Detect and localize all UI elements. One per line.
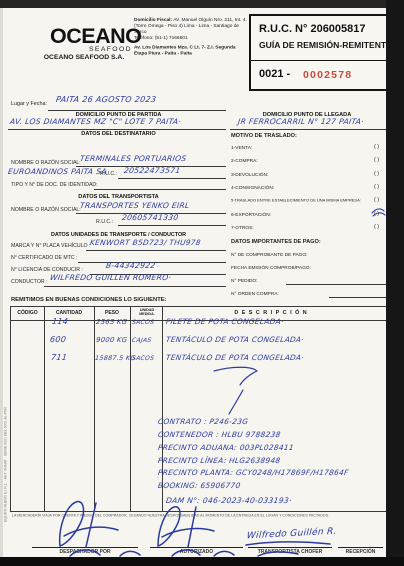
transportista-title: DATOS DEL TRANSPORTISTA — [11, 194, 226, 200]
fiscal-address-label: Domicilio Fiscal: — [134, 17, 172, 23]
pago-field: FECHA EMISIÓN COMPROB/PAGO: — [231, 265, 393, 276]
destinatario-razon-value2: EUROANDINOS PAITA SA — [7, 167, 107, 176]
field-line — [86, 250, 226, 251]
destinatario-razon-label: NOMBRE O RAZÓN SOCIAL: — [11, 160, 81, 166]
brand-sub: SEAFOOD — [50, 46, 132, 53]
pago-field-label: N° PEDIDO: — [231, 278, 257, 284]
motivo-item: 3-DEVOLUCIÓN: — [231, 172, 306, 183]
conductor-value: WILFREDO GUILLEN ROMERO· — [49, 273, 171, 282]
ruc-number: R.U.C. N° 206005817 — [259, 23, 366, 35]
ruc-box: R.U.C. N° 206005817 GUÍA DE REMISIÓN-REM… — [249, 14, 403, 91]
scan-edge-right — [386, 0, 404, 566]
destinatario-ruc-label: R.U.C.: — [100, 171, 117, 177]
printer-microtext: EQUIPO NUEVO E.I.R.L. · AUT. SUNAT · SER… — [4, 407, 8, 522]
table-cell-descripcion: FILETE DE POTA CONGELADA· — [165, 317, 284, 326]
motivo-item-label: 3-DEVOLUCIÓN: — [231, 172, 268, 178]
table-vline — [44, 306, 45, 511]
nota-precinto-linea: PRECINTO LÍNEA: HLG2638948 — [157, 456, 281, 465]
table-cell-cantidad: 600 — [49, 335, 66, 344]
placa-value: KENWORT B5D723/ THU978 — [89, 238, 201, 247]
transportista-ruc-label: R.U.C.: — [96, 219, 113, 225]
table-cell-descripcion: TENTÁCULO DE POTA CONGELADA· — [165, 335, 304, 344]
motivo-item-label: 4-CONSIGNACIÓN: — [231, 185, 274, 191]
table-cell-cantidad: 711 — [50, 353, 67, 362]
field-line — [48, 110, 226, 111]
table-intro: REMITIMOS EN BUENAS CONDICIONES LO SIGUI… — [11, 297, 167, 303]
pago-field: N° DE COMPROBANTE DE PAGO: — [231, 252, 386, 263]
motivo-item: 6-EXPORTACIÓN: — [231, 212, 311, 223]
signature-line — [32, 547, 138, 548]
checkbox-paren: ( ) — [374, 224, 379, 230]
pago-field-label: N° DE COMPROBANTE DE PAGO: — [231, 252, 307, 258]
destinatario-title: DATOS DEL DESTINATARIO — [11, 131, 226, 137]
nota-contrato: CONTRATO : P246-23G — [157, 417, 249, 426]
table-cell-descripcion: TENTÁCULO DE POTA CONGELADA· — [165, 353, 304, 362]
scanned-document-page: { "header": { "brand": { "name": "OCEANO… — [0, 0, 404, 566]
pago-title: DATOS IMPORTANTES DE PAGO: — [231, 239, 321, 245]
checkbox-paren: ( ) — [374, 197, 379, 203]
table-border-top — [10, 306, 386, 307]
pago-field-label: N° ORDEN COMPRA: — [231, 291, 279, 297]
table-cell-cantidad: 114 — [51, 317, 68, 326]
field-line — [8, 129, 226, 130]
motivo-item-label: 6-EXPORTACIÓN: — [231, 212, 271, 218]
table-cell-unidad: CAJAS — [132, 337, 152, 344]
field-line — [230, 129, 386, 130]
signature-label-recepcion: RECEPCIÓN — [338, 549, 383, 555]
nota-booking: BOOKING: 65906770 — [157, 481, 241, 490]
motivo-item: 1-VENTA: — [231, 145, 273, 156]
plant-address: Av. Los Diamantes Mza. C Lt. 7- Z.I. Seg… — [134, 45, 247, 57]
col-header-descripcion: D E S C R I P C I Ó N — [162, 310, 380, 316]
pago-field-label: FECHA EMISIÓN COMPROB/PAGO: — [231, 265, 311, 271]
table-cell-unidad: SACOS — [132, 319, 155, 326]
checkbox-paren: ( ) — [374, 144, 379, 150]
transportista-razon-value: TRANSPORTES YENKO EIRL — [79, 201, 190, 210]
table-vline — [10, 306, 11, 511]
table-cell-peso: 2565 KG — [95, 318, 127, 326]
checkbox-paren: ( ) — [374, 157, 379, 163]
lugar-fecha-value: PAITA 26 AGOSTO 2023 — [55, 95, 157, 104]
table-cell-unidad: SACOS — [132, 355, 155, 362]
motivo-item-label: 1-VENTA: — [231, 145, 252, 151]
fiscal-address-block: Domicilio Fiscal: AV. Manuel Olguín Nro.… — [134, 17, 249, 96]
legal-text: LA MERCADERÍA VIAJA POR CUENTA Y RIESGO … — [12, 513, 329, 518]
licencia-value: B-44342922 — [105, 261, 156, 270]
signature-line — [248, 547, 332, 548]
nota-precinto-aduana: PRECINTO ADUANA: 003PL028411 — [157, 443, 294, 452]
motivo-item: 4-CONSIGNACIÓN: — [231, 185, 317, 196]
field-line — [94, 189, 226, 190]
signature-line — [338, 547, 383, 548]
nota-dam: DAM N°: 046-2023-40-033193· — [165, 496, 292, 505]
legal-fine-print: LA MERCADERÍA VIAJA POR CUENTA Y RIESGO … — [12, 513, 404, 522]
placa-label: MARCA Y N° PLACA VEHÍCULO : — [11, 243, 90, 249]
field-line — [44, 286, 226, 287]
transportista-razon-label: NOMBRE O RAZÓN SOCIAL: — [11, 207, 81, 213]
pago-field: N° PEDIDO: — [231, 278, 286, 289]
transportista-ruc-value: 20605741330 — [121, 213, 179, 222]
serial-series: 0021 - — [259, 68, 290, 80]
lugar-fecha-label: Lugar y Fecha: — [11, 101, 47, 107]
checkbox-paren: ( ) — [374, 211, 379, 217]
field-line — [118, 225, 226, 226]
checkbox-paren: ( ) — [374, 171, 379, 177]
nota-precinto-planta: PRECINTO PLANTA: GCY0248/H17869F/H17864F — [157, 468, 349, 477]
destinatario-razon-value: TERMINALES PORTUARIOS — [79, 154, 187, 163]
signature-line — [150, 547, 243, 548]
table-cell-peso: 9000 KG — [95, 336, 127, 344]
motivo-item: 7-OTROS: — [231, 225, 276, 236]
motivo-title: MOTIVO DE TRASLADO: — [231, 133, 297, 139]
scan-edge-bottom — [0, 557, 404, 566]
motivo-item: 2-COMPRA: — [231, 158, 284, 169]
motivo-item-label: 2-COMPRA: — [231, 158, 258, 164]
motivo-item-label: 5-TRASLADO ENTRE ESTABLECIMIENTO DE UNA … — [231, 198, 361, 203]
llegada-value: JR FERROCARRIL N° 127 PAITA· — [237, 117, 364, 126]
table-vline — [94, 306, 95, 511]
table-vline — [130, 306, 131, 511]
serial-number: 0002578 — [303, 69, 352, 81]
scan-edge-left — [0, 8, 3, 557]
nota-contenedor: CONTENEDOR : HLBU 9788238 — [157, 430, 281, 439]
signature-label-despachador: DESPACHADOR POR — [32, 549, 138, 555]
mtc-label: N° CERTIFICADO DE MTC : — [11, 255, 78, 261]
fiscal-phone: Teléfono: (51-1) 7166601 — [134, 35, 247, 41]
col-header-codigo: CÓDIGO — [11, 310, 44, 316]
pago-field: N° ORDEN COMPRA: — [231, 291, 329, 302]
scan-edge-top — [0, 0, 404, 8]
checkbox-paren: ( ) — [374, 184, 379, 190]
partida-value: AV. LOS DIAMANTES MZ "C" LOTE 7 PAITA· — [9, 117, 181, 126]
col-header-unidad-line2: MEDIDA. — [133, 312, 161, 316]
doc-title: GUÍA DE REMISIÓN-REMITENTE — [259, 40, 392, 50]
col-header-cantidad: CANTIDAD — [44, 310, 94, 316]
table-cell-peso: 15887.5 KG — [94, 354, 136, 362]
field-line — [118, 178, 226, 179]
col-header-peso: PESO — [94, 310, 130, 316]
destinatario-ruc-value: 20522473571 — [123, 166, 181, 175]
conductor-label: CONDUCTOR : — [11, 279, 48, 285]
signature-label-transportista: TRANSPORTISTA CHOFER — [248, 549, 332, 555]
table-border-bottom — [10, 511, 386, 512]
signature-label-autorizado: AUTORIZADO — [150, 549, 243, 555]
destinatario-doc-label: TIPO Y N° DE DOC. DE IDENTIDAD: — [11, 182, 98, 188]
brand-company: OCEANO SEAFOOD S.A. — [34, 54, 134, 61]
ruc-box-divider — [251, 60, 401, 61]
motivo-item-label: 7-OTROS: — [231, 225, 254, 231]
